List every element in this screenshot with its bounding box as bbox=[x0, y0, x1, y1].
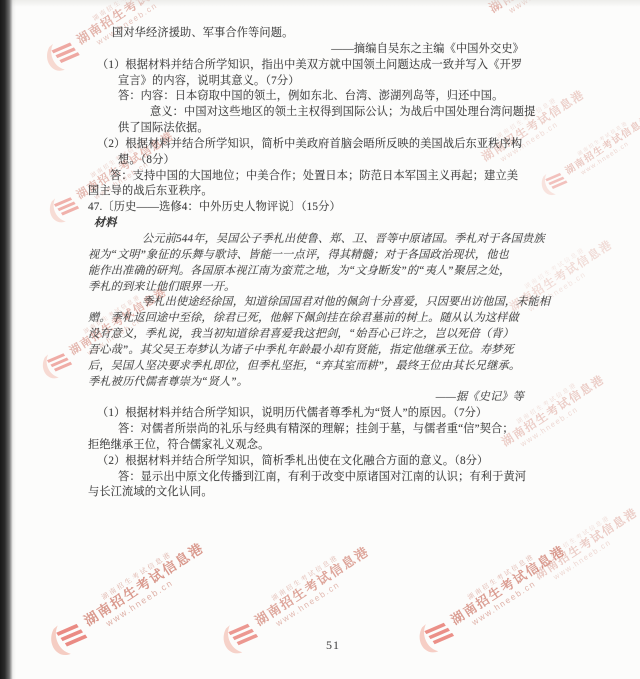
watermark-small-label: 湖南招生考试信息港 bbox=[271, 538, 365, 603]
doc-line-question: （2）根据材料并结合所学知识，简析中美政府首脑会晤所反映的美国战后东亚秩序构 bbox=[97, 137, 524, 153]
doc-line: 与长江流域的文化认同。 bbox=[88, 485, 524, 501]
doc-line: 拒绝继承王位，符合儒家礼义观念。 bbox=[88, 438, 524, 454]
watermark-small-label: 湖南招生考试信息港 bbox=[549, 501, 634, 559]
page-number: 51 bbox=[318, 638, 348, 653]
hneeb-logo-icon bbox=[42, 613, 92, 662]
hneeb-logo-icon bbox=[42, 189, 82, 228]
hneeb-logo-icon bbox=[215, 614, 263, 660]
doc-line-source: ——据《史记》等 bbox=[88, 390, 524, 406]
hneeb-logo-icon bbox=[35, 345, 75, 384]
doc-line-material: 公元前544年，吴国公子季札出使鲁、郑、卫、晋等中原诸国。季札对于各国贵族 bbox=[142, 232, 524, 248]
watermark-small-label: 湖南招生考试信息港 bbox=[516, 368, 601, 426]
doc-line-question-47: 47.〔历史——选修4：中外历史人物评说〕（15分） bbox=[88, 200, 524, 216]
watermark-site-name: 湖南招生考试信息港 bbox=[253, 545, 373, 630]
watermark-site-name: 湖南招生考试信息港 bbox=[449, 544, 569, 629]
doc-line: 想。（8分） bbox=[118, 153, 524, 169]
hneeb-logo-icon bbox=[38, 33, 83, 77]
doc-line-answer: 答：内容：日本窃取中国的领土，例如东北、台湾、澎湖列岛等，归还中国。 bbox=[118, 89, 524, 105]
watermark-site-url: www.hneeb.cn bbox=[552, 518, 640, 583]
doc-line-question: （1）根据材料并结合所学知识，指出中美双方就中国领土问题达成一致并写入《开罗 bbox=[97, 58, 524, 74]
doc-line-material: 能作出准确的研判。各国原本视江南为蛮荒之地，为“文身断发”的“夷人”聚居之处， bbox=[88, 264, 524, 280]
doc-line-material: 赠。季札返回途中至徐，徐君已死，他解下佩剑挂在徐君墓前的树上。随从认为这样做 bbox=[88, 311, 524, 327]
hneeb-logo-icon bbox=[535, 165, 571, 200]
watermark-site-name: 湖南招生考试信息港 bbox=[533, 506, 640, 583]
doc-line-material: 后，吴国人坚决要求季札即位，但季札坚拒，“弃其室而耕”，最终王位由其长兄继承。 bbox=[88, 359, 524, 375]
doc-line: 国主导的战后东亚秩序。 bbox=[88, 184, 524, 200]
doc-line-answer: 答：支持中国的大国地位；中美合作；处置日本；防范日本军国主义再起；建立美 bbox=[110, 169, 524, 185]
scan-edge-left bbox=[0, 0, 16, 679]
doc-line: 宣言》的内容，说明其意义。（7分） bbox=[118, 74, 524, 90]
watermark-cluster: 湖南招生考试信息港 湖南招生考试信息港 www.hneeb.cn bbox=[529, 501, 640, 591]
watermark-site-url: www.hneeb.cn bbox=[274, 557, 378, 629]
doc-line: 供了国际法依据。 bbox=[118, 121, 524, 137]
watermark-site-url: www.hneeb.cn bbox=[105, 554, 214, 630]
doc-line-question: （1）根据材料并结合所学知识，说明历代儒者尊季札为“贤人”的原因。（7分） bbox=[97, 406, 524, 422]
watermark-cluster: 湖南招生考试信息港 湖南招生考试信息港 www.hneeb.cn bbox=[535, 109, 640, 200]
watermark-small-label: 湖南招生考试信息港 bbox=[467, 537, 561, 602]
watermark-small-label: 湖南招生考试信息港 bbox=[577, 109, 640, 157]
watermark-small-label: 湖南招生考试信息港 bbox=[101, 534, 200, 602]
doc-line-question: （2）根据材料并结合所学知识，简析季札出使在文化融合方面的意义。（8分） bbox=[97, 454, 524, 470]
hneeb-logo-icon bbox=[411, 613, 459, 659]
doc-line-material: 季札被历代儒者尊崇为“贤人”。 bbox=[88, 375, 524, 391]
watermark-cluster: 湖南招生考试信息港 湖南招生考试信息港 www.hneeb.cn bbox=[410, 537, 574, 659]
doc-line-source: ——摘编自吴东之主编《中国外交史》 bbox=[88, 42, 524, 58]
doc-line-material: 吾心哉”。其父吴王寿梦认为诸子中季札年龄最小却有贤能，指定他继承王位。寿梦死 bbox=[88, 343, 524, 359]
doc-line-answer: 答：对儒者所崇尚的礼乐与经典有精深的理解；挂剑于墓，与儒者重“信”契合； bbox=[118, 422, 524, 438]
scanned-exam-page: { "page": { "number": "51" }, "watermark… bbox=[0, 0, 640, 679]
doc-line: 国对华经济援助、军事合作等问题。 bbox=[112, 26, 524, 42]
watermark-site-url: www.hneeb.cn bbox=[519, 385, 612, 450]
watermark-site-name: 湖南招生考试信息港 bbox=[82, 541, 208, 630]
doc-line-material: 季札出使途经徐国，知道徐国国君对他的佩剑十分喜爱，只因要出访他国，未能相 bbox=[142, 295, 524, 311]
doc-line-material: 视为“文明”象征的乐舞与歌诗、皆能一一点评，得其精髓；对于各国政治现状，他也 bbox=[88, 248, 524, 264]
watermark-site-name: 湖南招生考试信息港 bbox=[564, 113, 640, 177]
doc-line: 意义：中国对这些地区的领土主权得到国际公认；为战后中国处理台湾问题提 bbox=[150, 105, 524, 121]
watermark-site-url: www.hneeb.cn bbox=[470, 556, 574, 628]
watermark-site-url: www.hneeb.cn bbox=[580, 123, 640, 177]
watermark-cluster: 湖南招生考试信息港 湖南招生考试信息港 www.hneeb.cn bbox=[42, 534, 214, 662]
doc-line-answer: 答：显示出中原文化传播到江南，有利于改变中原诸国对江南的认识；有利于黄河 bbox=[118, 470, 524, 486]
document-body: 国对华经济援助、军事合作等问题。 ——摘编自吴东之主编《中国外交史》 （1）根据… bbox=[88, 26, 524, 501]
doc-line-material: 季札的到来让他们眼界一开。 bbox=[88, 280, 524, 296]
doc-line-material-label: 材料 bbox=[94, 216, 524, 232]
doc-line-material: 没有意义，季札说，我当初知道徐君喜爱我这把剑，“始吾心已许之，岂以死倍（背） bbox=[88, 327, 524, 343]
scan-shadow-top bbox=[0, 0, 640, 7]
watermark-cluster: 湖南招生考试信息港 湖南招生考试信息港 www.hneeb.cn bbox=[214, 538, 378, 660]
